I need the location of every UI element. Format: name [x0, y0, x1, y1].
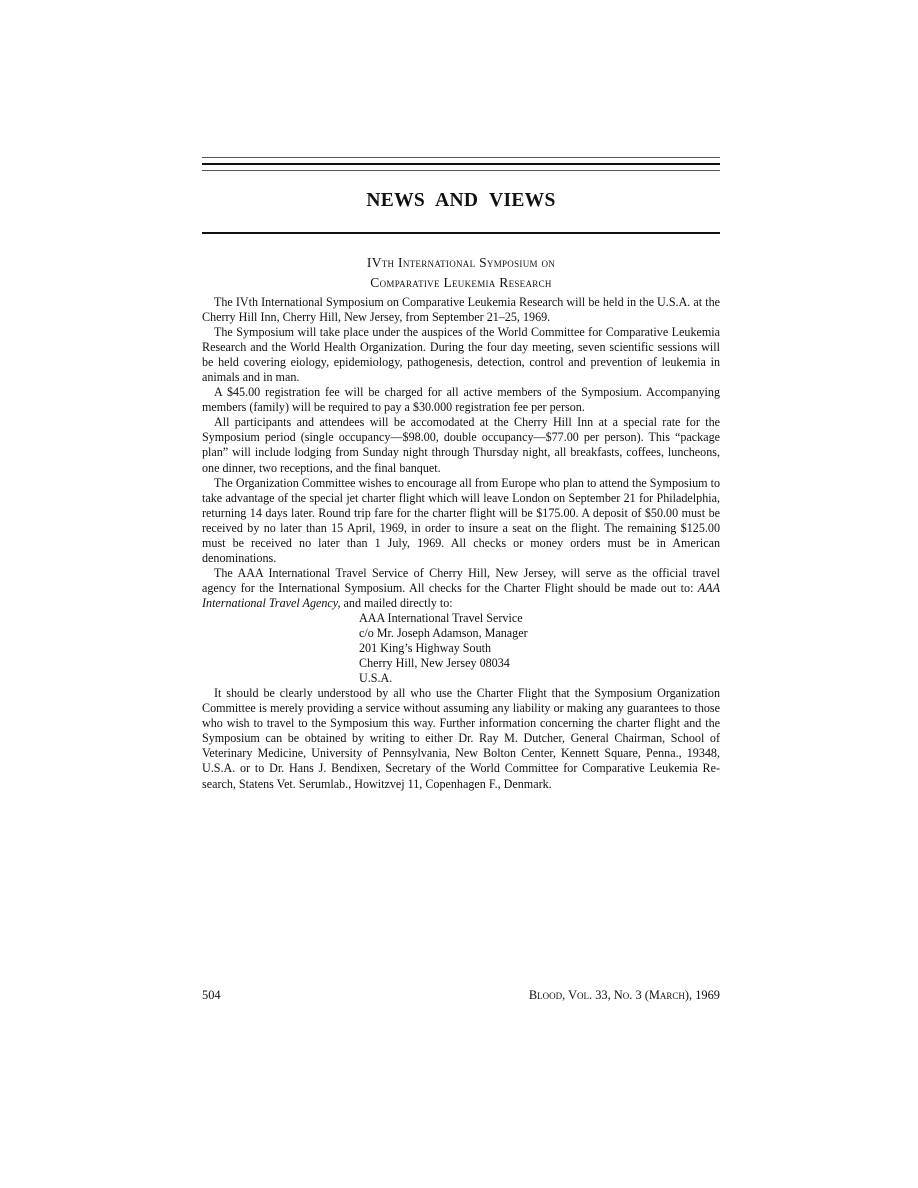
page-footer: 504 Blood, Vol. 33, No. 3 (March), 1969 [202, 988, 720, 1003]
address-line: 201 King’s Highway South [359, 641, 720, 656]
top-rule-thick [202, 163, 720, 165]
address-line: c/o Mr. Joseph Adamson, Manager [359, 626, 720, 641]
paragraph-accommodation: All participants and attendees will be a… [202, 415, 720, 475]
travel-agency-text-end: and mailed directly to: [341, 596, 453, 610]
paragraph-venue: The IVth International Symposium on Comp… [202, 295, 720, 325]
article-title-line-1: IVth International Symposium on [202, 253, 720, 273]
heading-rule [202, 232, 720, 234]
article-title-line-2: Comparative Leukemia Research [202, 273, 720, 293]
paragraph-charter-flight: The Organization Committee wishes to enc… [202, 476, 720, 566]
paragraph-travel-agency: The AAA International Travel Service of … [202, 566, 720, 611]
top-rule-thin [202, 157, 720, 158]
top-rule-thin-lower [202, 170, 720, 171]
page-number: 504 [202, 988, 221, 1003]
article-title: IVth International Symposium on Comparat… [202, 253, 720, 293]
article-body: The IVth International Symposium on Comp… [202, 295, 720, 792]
address-line: U.S.A. [359, 671, 720, 686]
paragraph-registration-fee: A $45.00 registration fee will be charge… [202, 385, 720, 415]
paragraph-auspices: The Symposium will take place under the … [202, 325, 720, 385]
address-line: Cherry Hill, New Jersey 08034 [359, 656, 720, 671]
journal-citation: Blood, Vol. 33, No. 3 (March), 1969 [529, 988, 720, 1003]
paragraph-disclaimer: It should be clearly understood by all w… [202, 686, 720, 791]
address-line: AAA International Travel Service [359, 611, 720, 626]
travel-agency-text: The AAA International Travel Service of … [202, 566, 720, 595]
section-heading: NEWS AND VIEWS [202, 190, 720, 212]
mailing-address: AAA International Travel Service c/o Mr.… [202, 611, 720, 686]
